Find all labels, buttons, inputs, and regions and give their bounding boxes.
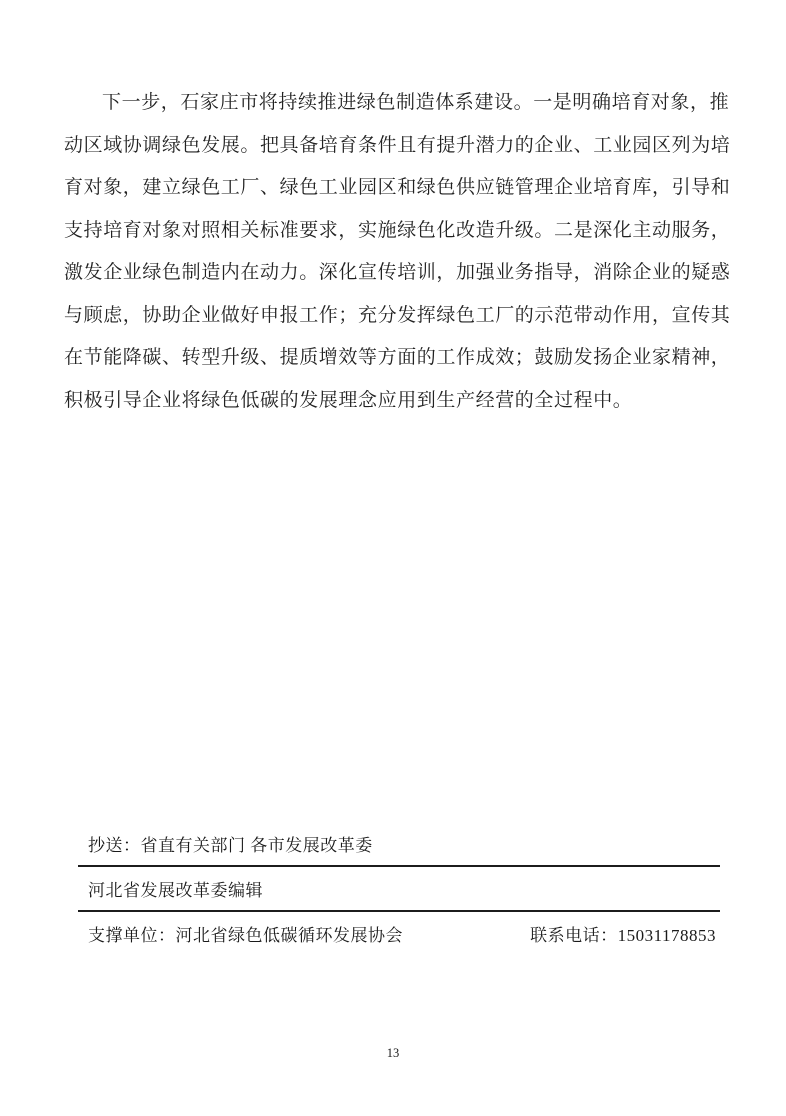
support-contact-row: 支撑单位：河北省绿色低碳循环发展协会 联系电话：15031178853: [78, 912, 720, 955]
paragraph-line: 在节能降碳、转型升级、提质增效等方面的工作成效；鼓励发扬企业家精神，: [64, 337, 720, 380]
paragraph-line: 下一步，石家庄市将持续推进绿色制造体系建设。一是明确培育对象，推: [64, 82, 720, 125]
page-number: 13: [0, 1046, 786, 1061]
contact-phone-label: 联系电话：15031178853: [530, 921, 716, 946]
paragraph-line: 激发企业绿色制造内在动力。深化宣传培训，加强业务指导，消除企业的疑惑: [64, 252, 720, 295]
body-paragraph: 下一步，石家庄市将持续推进绿色制造体系建设。一是明确培育对象，推 动区域协调绿色…: [64, 82, 720, 422]
document-page: 下一步，石家庄市将持续推进绿色制造体系建设。一是明确培育对象，推 动区域协调绿色…: [0, 0, 786, 1116]
paragraph-line: 支持培育对象对照相关标准要求，实施绿色化改造升级。二是深化主动服务，: [64, 210, 720, 253]
copy-to-line: 抄送：省直有关部门 各市发展改革委: [78, 822, 720, 865]
editor-line: 河北省发展改革委编辑: [78, 867, 720, 910]
paragraph-line: 育对象，建立绿色工厂、绿色工业园区和绿色供应链管理企业培育库，引导和: [64, 167, 720, 210]
document-footer: 抄送：省直有关部门 各市发展改革委 河北省发展改革委编辑 支撑单位：河北省绿色低…: [78, 822, 720, 955]
paragraph-line: 动区域协调绿色发展。把具备培育条件且有提升潜力的企业、工业园区列为培: [64, 125, 720, 168]
support-unit-label: 支撑单位：河北省绿色低碳循环发展协会: [88, 921, 403, 946]
paragraph-line: 积极引导企业将绿色低碳的发展理念应用到生产经营的全过程中。: [64, 380, 720, 423]
paragraph-line: 与顾虑，协助企业做好申报工作；充分发挥绿色工厂的示范带动作用，宣传其: [64, 295, 720, 338]
